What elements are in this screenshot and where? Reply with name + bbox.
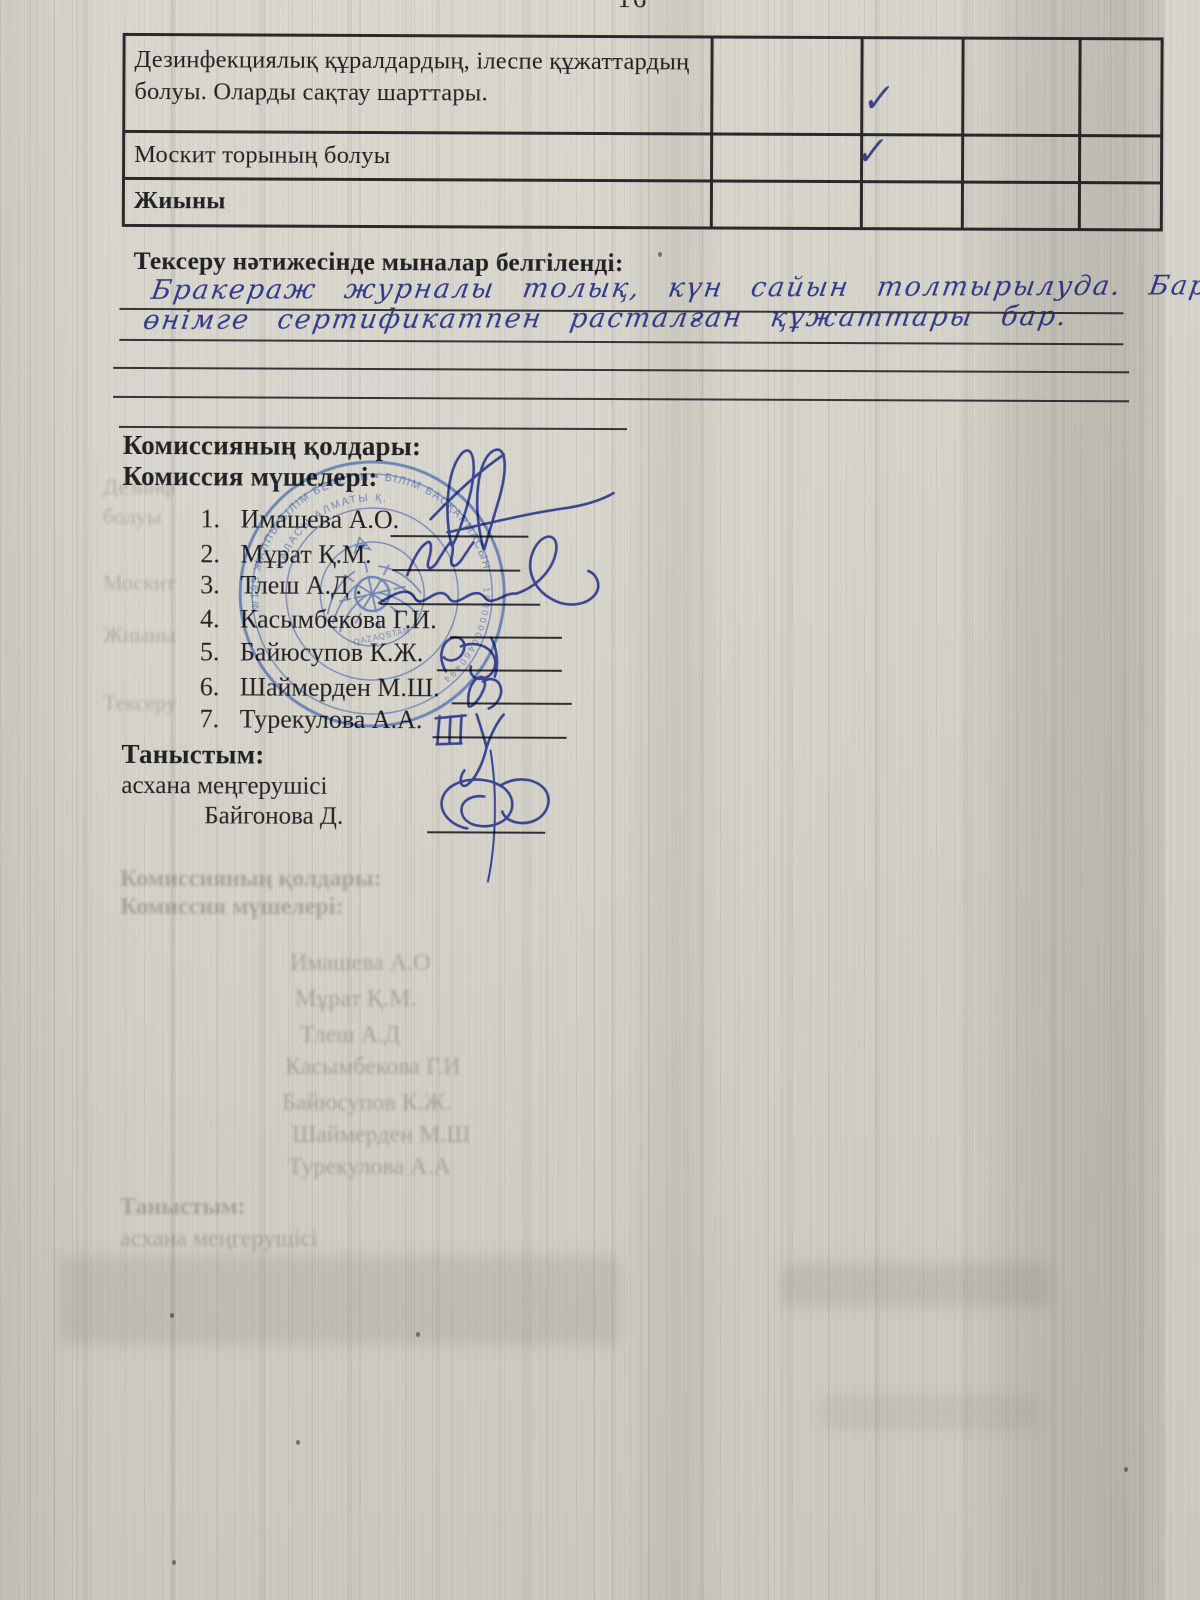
paper-speck <box>416 1332 420 1337</box>
paper-speck <box>172 1560 176 1565</box>
signature-murat <box>407 542 473 576</box>
scanned-inspection-document: Дезинф болуы Москит Жиыны Тексеру Комисс… <box>0 0 1200 1600</box>
paper-speck <box>296 1440 300 1445</box>
paper-speck <box>1124 1467 1128 1472</box>
paper-speck <box>170 1313 174 1318</box>
signature-imasheva <box>430 449 613 549</box>
ink-signatures-layer <box>0 0 1200 1600</box>
signature-shaimerden <box>468 677 501 709</box>
signature-tlesh <box>379 536 598 605</box>
document-content: 16 Дезинфекциялық құралдардың, ілеспе құ… <box>0 0 1200 1600</box>
paper-speck <box>658 252 662 257</box>
signature-bayusupov <box>441 637 497 679</box>
